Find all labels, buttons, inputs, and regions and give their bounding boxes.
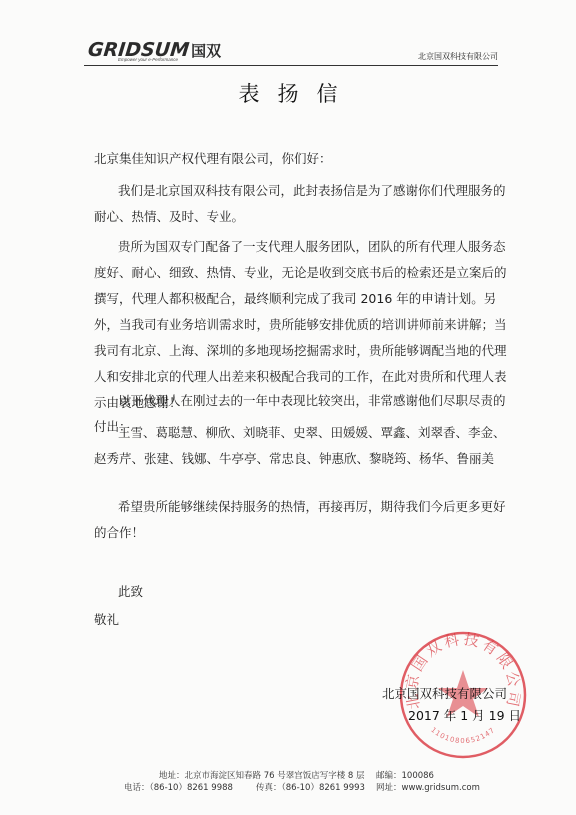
footer-website: 网址：www.gridsum.com <box>376 781 480 793</box>
signature-date: 2017 年 1 月 19 日 <box>408 706 521 724</box>
stamp-number: 1101080652147 <box>429 726 497 745</box>
letter-title: 表扬信 <box>0 78 576 108</box>
footer-address: 地址：北京市海淀区知春路 76 号翠宫饭店写字楼 8 层 <box>159 769 365 781</box>
closing-cizhi: 此致 <box>118 582 143 600</box>
header-company: 北京国双科技有限公司 <box>418 51 498 62</box>
footer-fax: 传真：（86-10）8261 9993 <box>256 781 365 793</box>
closing-jingli: 敬礼 <box>94 610 119 628</box>
agent-names: 王雪、葛聪慧、柳欣、刘晓菲、史翠、田媛媛、覃鑫、刘翠香、李金、赵秀芹、张建、钱娜… <box>94 420 514 472</box>
footer-phone: 电话：（86-10）8261 9988 <box>124 781 233 793</box>
logo-cn: 国双 <box>191 42 221 60</box>
header-divider <box>84 65 498 66</box>
logo-slogan: Empower your e-Performance <box>118 57 178 62</box>
salutation: 北京集佳知识产权代理有限公司，你们好： <box>94 146 514 172</box>
svg-text:1101080652147: 1101080652147 <box>429 726 497 745</box>
letter-page: GRIDSUM 国双 Empower your e-Performance 北京… <box>0 0 576 815</box>
signature-company: 北京国双科技有限公司 <box>382 684 507 702</box>
footer-postcode: 邮编：100086 <box>376 769 434 781</box>
paragraph-1: 我们是北京国双科技有限公司，此封表扬信是为了感谢你们代理服务的耐心、热情、及时、… <box>94 178 514 230</box>
paragraph-closing: 希望贵所能够继续保持服务的热情，再接再厉，期待我们今后更多更好的合作！ <box>94 494 514 546</box>
